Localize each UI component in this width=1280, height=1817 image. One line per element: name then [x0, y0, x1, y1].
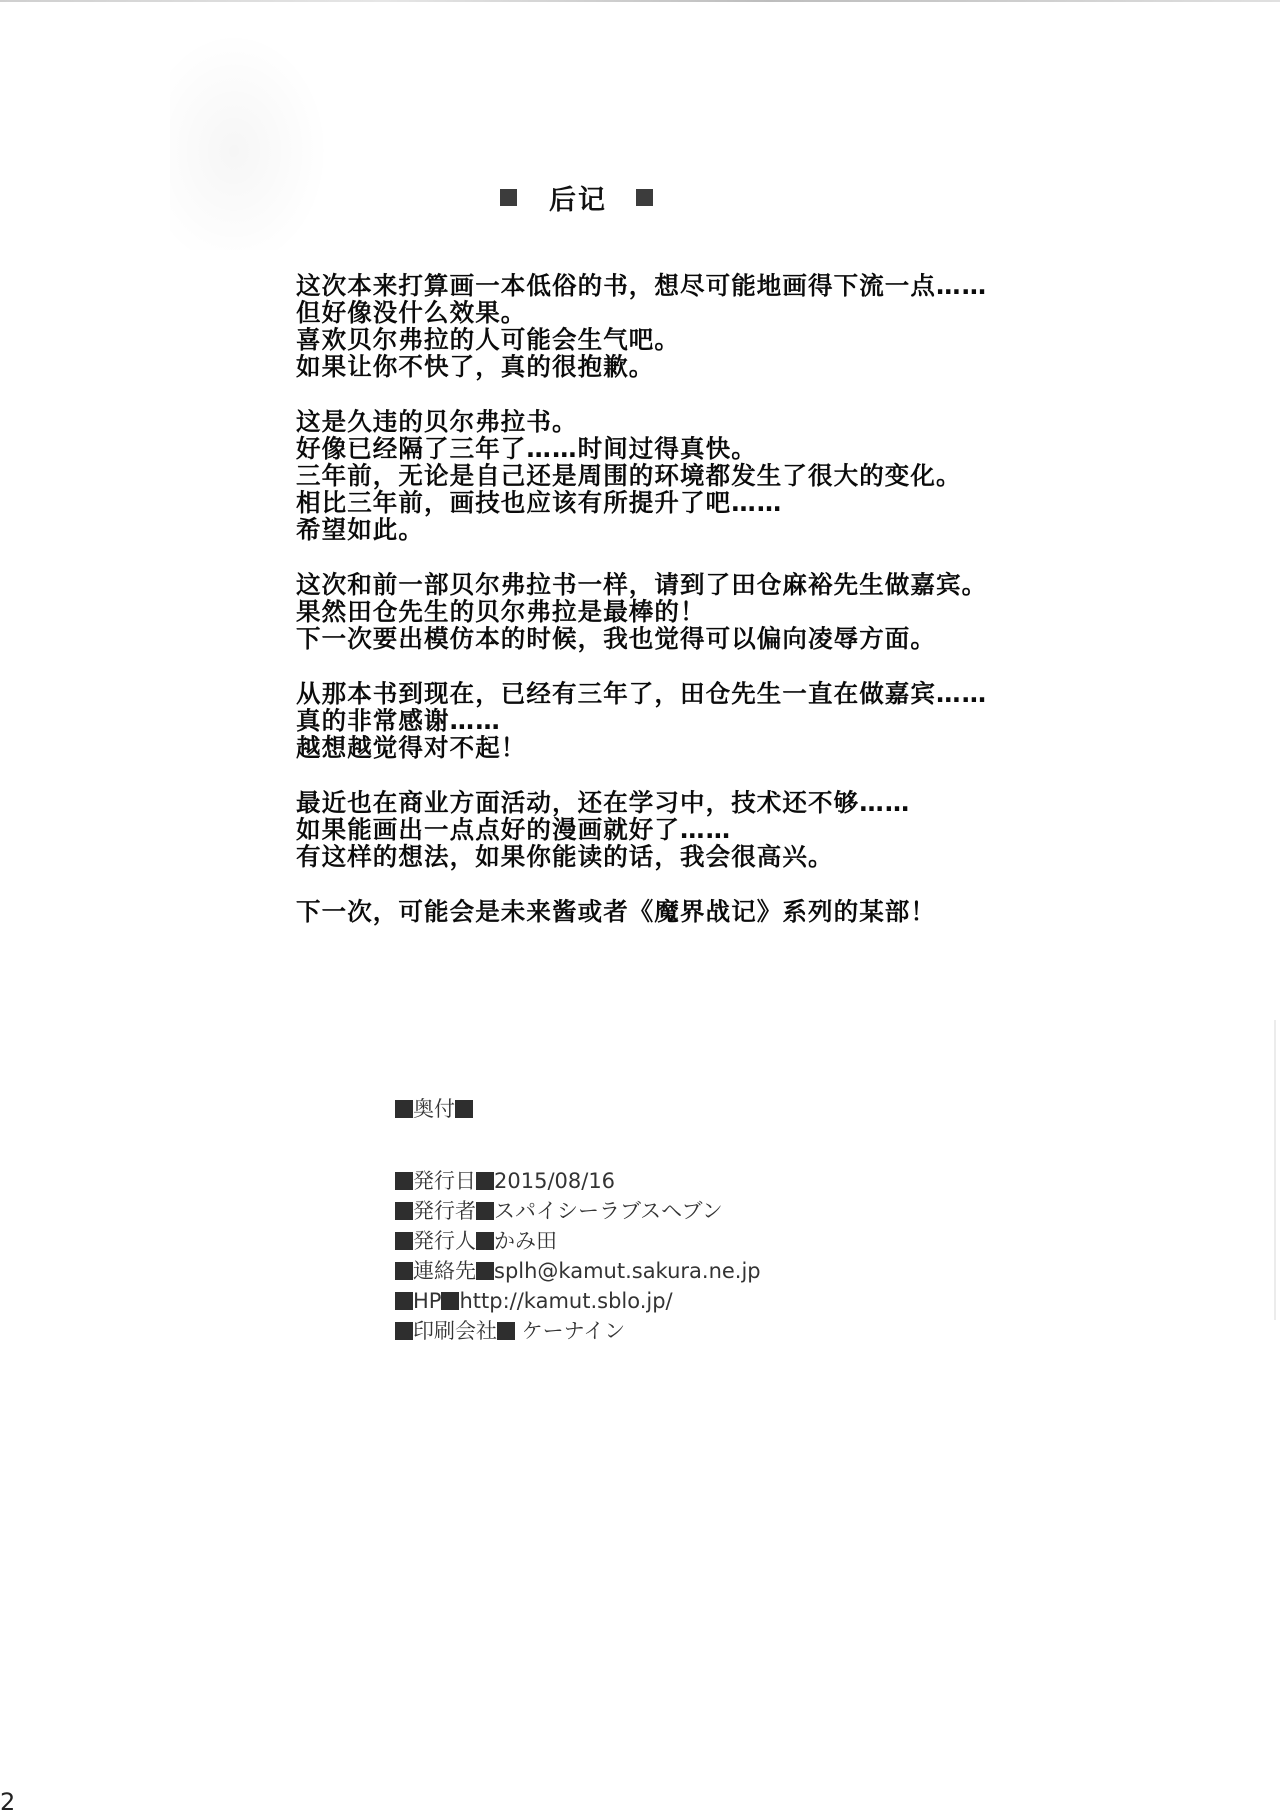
colophon: 奥付 発行日2015/08/16 発行者スパイシーラブスヘブン 発行人かみ田 連… [395, 1094, 761, 1346]
colophon-row-homepage: HPhttp://kamut.sblo.jp/ [395, 1286, 761, 1316]
page-number: 2 [0, 1790, 15, 1814]
square-bullet-icon [500, 189, 517, 206]
text-line: 有这样的想法，如果你能读的话，我会很高兴。 [296, 843, 1116, 870]
text-line: 希望如此。 [296, 516, 1116, 543]
text-line: 果然田仓先生的贝尔弗拉是最棒的！ [296, 598, 1116, 625]
colophon-value: ケーナイン [522, 1319, 626, 1343]
text-line: 最近也在商业方面活动，还在学习中，技术还不够…… [296, 789, 1116, 816]
paragraph: 这是久违的贝尔弗拉书。 好像已经隔了三年了……时间过得真快。 三年前，无论是自己… [296, 408, 1116, 543]
afterword-heading: 后记 [500, 178, 653, 217]
text-line: 越想越觉得对不起！ [296, 734, 1116, 761]
paragraph: 下一次，可能会是未来酱或者《魔界战记》系列的某部！ [296, 898, 1116, 925]
paragraph: 从那本书到现在，已经有三年了，田仓先生一直在做嘉宾…… 真的非常感谢…… 越想越… [296, 680, 1116, 761]
square-bullet-icon [497, 1322, 515, 1340]
text-line: 好像已经隔了三年了……时间过得真快。 [296, 435, 1116, 462]
afterword-title: 后记 [549, 178, 607, 217]
text-line: 下一次，可能会是未来酱或者《魔界战记》系列的某部！ [296, 898, 1116, 925]
square-bullet-icon [395, 1172, 413, 1190]
text-line: 这是久违的贝尔弗拉书。 [296, 408, 1116, 435]
square-bullet-icon [476, 1262, 494, 1280]
square-bullet-icon [441, 1292, 459, 1310]
text-line: 三年前，无论是自己还是周围的环境都发生了很大的变化。 [296, 462, 1116, 489]
text-line: 这次和前一部贝尔弗拉书一样，请到了田仓麻裕先生做嘉宾。 [296, 571, 1116, 598]
text-line: 喜欢贝尔弗拉的人可能会生气吧。 [296, 326, 1116, 353]
text-line: 相比三年前，画技也应该有所提升了吧…… [296, 489, 1116, 516]
colophon-row-issuer: 発行人かみ田 [395, 1226, 761, 1256]
scan-top-edge [0, 0, 1280, 2]
colophon-label: 発行日 [413, 1169, 476, 1193]
text-line: 如果能画出一点点好的漫画就好了…… [296, 816, 1116, 843]
colophon-value: 2015/08/16 [494, 1169, 615, 1193]
colophon-row-contact: 連絡先splh@kamut.sakura.ne.jp [395, 1256, 761, 1286]
afterword-body: 这次本来打算画一本低俗的书，想尽可能地画得下流一点…… 但好像没什么效果。 喜欢… [296, 272, 1116, 953]
colophon-title: 奥付 [413, 1097, 455, 1121]
square-bullet-icon [395, 1322, 413, 1340]
colophon-label: 発行者 [413, 1199, 476, 1223]
scan-show-through [170, 30, 330, 250]
colophon-row-publisher: 発行者スパイシーラブスヘブン [395, 1196, 761, 1226]
colophon-value: スパイシーラブスヘブン [494, 1199, 723, 1223]
square-bullet-icon [476, 1202, 494, 1220]
square-bullet-icon [395, 1232, 413, 1250]
colophon-value: splh@kamut.sakura.ne.jp [494, 1259, 761, 1283]
text-line: 真的非常感谢…… [296, 707, 1116, 734]
square-bullet-icon [395, 1202, 413, 1220]
colophon-value: かみ田 [494, 1229, 557, 1253]
colophon-row-printer: 印刷会社 ケーナイン [395, 1316, 761, 1346]
paragraph: 这次和前一部贝尔弗拉书一样，请到了田仓麻裕先生做嘉宾。 果然田仓先生的贝尔弗拉是… [296, 571, 1116, 652]
paragraph: 最近也在商业方面活动，还在学习中，技术还不够…… 如果能画出一点点好的漫画就好了… [296, 789, 1116, 870]
colophon-heading: 奥付 [395, 1094, 761, 1124]
colophon-label: HP [413, 1289, 441, 1313]
square-bullet-icon [476, 1232, 494, 1250]
colophon-label: 印刷会社 [413, 1319, 497, 1343]
colophon-value: http://kamut.sblo.jp/ [459, 1289, 672, 1313]
paragraph: 这次本来打算画一本低俗的书，想尽可能地画得下流一点…… 但好像没什么效果。 喜欢… [296, 272, 1116, 380]
text-line: 从那本书到现在，已经有三年了，田仓先生一直在做嘉宾…… [296, 680, 1116, 707]
colophon-label: 発行人 [413, 1229, 476, 1253]
square-bullet-icon [395, 1292, 413, 1310]
scan-right-edge [1274, 1020, 1276, 1320]
square-bullet-icon [455, 1100, 473, 1118]
square-bullet-icon [476, 1172, 494, 1190]
text-line: 这次本来打算画一本低俗的书，想尽可能地画得下流一点…… [296, 272, 1116, 299]
square-bullet-icon [395, 1262, 413, 1280]
square-bullet-icon [636, 189, 653, 206]
text-line: 下一次要出模仿本的时候，我也觉得可以偏向凌辱方面。 [296, 625, 1116, 652]
colophon-row-publish-date: 発行日2015/08/16 [395, 1166, 761, 1196]
colophon-label: 連絡先 [413, 1259, 476, 1283]
text-line: 如果让你不快了，真的很抱歉。 [296, 353, 1116, 380]
square-bullet-icon [395, 1100, 413, 1118]
text-line: 但好像没什么效果。 [296, 299, 1116, 326]
